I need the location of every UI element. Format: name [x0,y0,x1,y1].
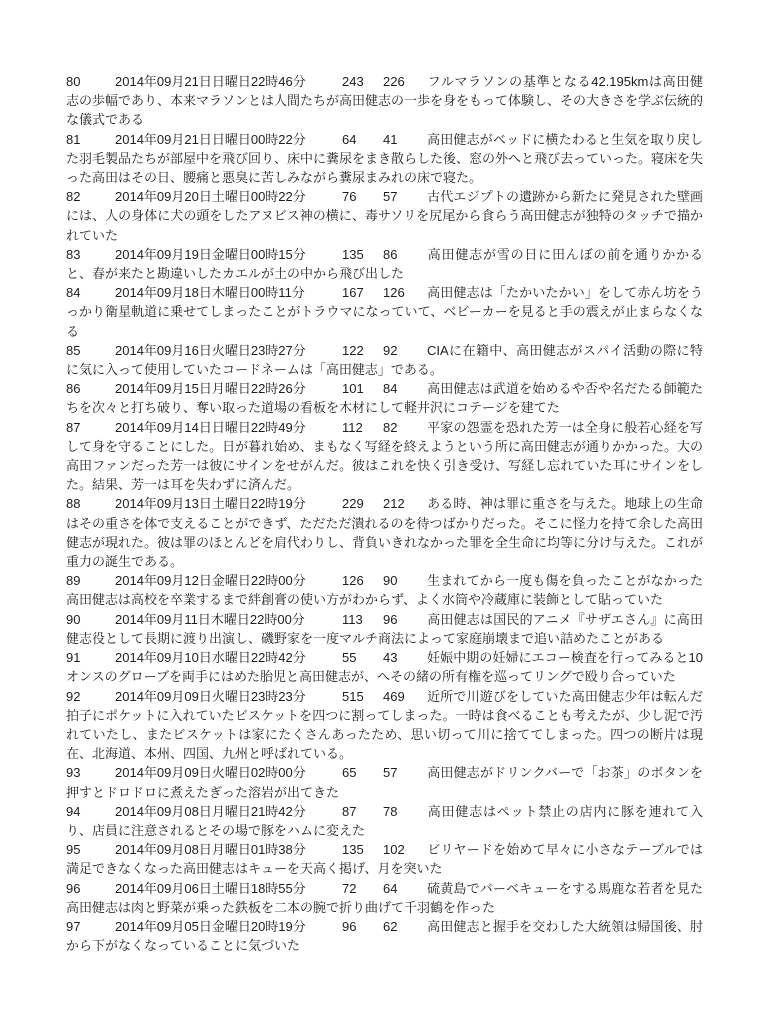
entry-count-secondary: 78 [383,802,427,821]
entry-date: 2014年09月06日土曜日18時55分 [115,879,342,898]
entry-date: 2014年09月09日火曜日23時23分 [115,687,342,706]
entry-count-secondary: 212 [383,494,427,513]
entry-count-primary: 87 [342,802,383,821]
entry-count-secondary: 41 [383,130,427,149]
entry-date: 2014年09月12日金曜日22時00分 [115,571,342,590]
entry-count-secondary: 226 [383,72,427,91]
entries-list: 802014年09月21日日曜日22時46分243226フルマラソンの基準となる… [66,72,703,955]
entry-number: 83 [66,245,115,264]
entry-count-secondary: 92 [383,341,427,360]
entry-count-primary: 76 [342,187,383,206]
entry-count-primary: 243 [342,72,383,91]
list-item: 942014年09月08日月曜日21時42分8778高田健志はペット禁止の店内に… [66,802,703,840]
entry-number: 88 [66,494,115,513]
entry-number: 84 [66,283,115,302]
entry-number: 91 [66,648,115,667]
entry-number: 81 [66,130,115,149]
entry-count-secondary: 86 [383,245,427,264]
entry-number: 90 [66,610,115,629]
entry-number: 86 [66,379,115,398]
entry-date: 2014年09月14日日曜日22時49分 [115,418,342,437]
entry-count-secondary: 469 [383,687,427,706]
entry-date: 2014年09月13日土曜日22時19分 [115,494,342,513]
entry-number: 96 [66,879,115,898]
list-item: 872014年09月14日日曜日22時49分11282平家の怨霊を恐れた芳一は全… [66,418,703,495]
document-page: 802014年09月21日日曜日22時46分243226フルマラソンの基準となる… [0,0,768,1024]
list-item: 822014年09月20日土曜日00時22分7657古代エジプトの遺跡から新たに… [66,187,703,245]
entry-count-primary: 112 [342,418,383,437]
entry-count-primary: 229 [342,494,383,513]
entry-count-primary: 101 [342,379,383,398]
entry-date: 2014年09月15日月曜日22時26分 [115,379,342,398]
entry-date: 2014年09月18日木曜日00時11分 [115,283,342,302]
entry-number: 93 [66,763,115,782]
list-item: 832014年09月19日金曜日00時15分13586高田健志が雪の日に田んぼの… [66,245,703,283]
list-item: 972014年09月05日金曜日20時19分9662高田健志と握手を交わした大統… [66,917,703,955]
list-item: 812014年09月21日日曜日00時22分6441高田健志がベッドに横たわると… [66,130,703,188]
entry-date: 2014年09月21日日曜日22時46分 [115,72,342,91]
list-item: 912014年09月10日水曜日22時42分5543妊娠中期の妊婦にエコー検査を… [66,648,703,686]
entry-date: 2014年09月21日日曜日00時22分 [115,130,342,149]
entry-number: 80 [66,72,115,91]
entry-date: 2014年09月16日火曜日23時27分 [115,341,342,360]
entry-count-primary: 135 [342,840,383,859]
entry-count-secondary: 90 [383,571,427,590]
list-item: 952014年09月08日月曜日01時38分135102ビリヤードを始めて早々に… [66,840,703,878]
entry-count-primary: 135 [342,245,383,264]
entry-count-secondary: 62 [383,917,427,936]
entry-date: 2014年09月11日木曜日22時00分 [115,610,342,629]
entry-number: 95 [66,840,115,859]
entry-date: 2014年09月10日水曜日22時42分 [115,648,342,667]
entry-number: 94 [66,802,115,821]
entry-count-secondary: 126 [383,283,427,302]
entry-count-primary: 113 [342,610,383,629]
entry-number: 87 [66,418,115,437]
entry-count-primary: 167 [342,283,383,302]
entry-count-secondary: 102 [383,840,427,859]
list-item: 902014年09月11日木曜日22時00分11396高田健志は国民的アニメ『サ… [66,610,703,648]
entry-count-primary: 96 [342,917,383,936]
entry-date: 2014年09月09日火曜日02時00分 [115,763,342,782]
list-item: 892014年09月12日金曜日22時00分12690生まれてから一度も傷を負っ… [66,571,703,609]
list-item: 922014年09月09日火曜日23時23分515469近所で川遊びをしていた高… [66,687,703,764]
entry-count-secondary: 82 [383,418,427,437]
entry-count-primary: 72 [342,879,383,898]
entry-count-secondary: 57 [383,763,427,782]
list-item: 802014年09月21日日曜日22時46分243226フルマラソンの基準となる… [66,72,703,130]
entry-count-secondary: 96 [383,610,427,629]
entry-count-primary: 515 [342,687,383,706]
entry-date: 2014年09月19日金曜日00時15分 [115,245,342,264]
entry-number: 82 [66,187,115,206]
entry-count-secondary: 84 [383,379,427,398]
entry-number: 89 [66,571,115,590]
entry-count-primary: 126 [342,571,383,590]
list-item: 842014年09月18日木曜日00時11分167126高田健志は「たかいたかい… [66,283,703,341]
entry-count-secondary: 64 [383,879,427,898]
list-item: 932014年09月09日火曜日02時00分6557高田健志がドリンクバーで「お… [66,763,703,801]
entry-count-secondary: 43 [383,648,427,667]
list-item: 862014年09月15日月曜日22時26分10184高田健志は武道を始めるや否… [66,379,703,417]
entry-date: 2014年09月05日金曜日20時19分 [115,917,342,936]
entry-number: 92 [66,687,115,706]
list-item: 962014年09月06日土曜日18時55分7264硫黄島でバーベキューをする馬… [66,879,703,917]
entry-count-primary: 55 [342,648,383,667]
entry-count-primary: 65 [342,763,383,782]
list-item: 852014年09月16日火曜日23時27分12292CIAに在籍中、高田健志が… [66,341,703,379]
entry-date: 2014年09月08日月曜日21時42分 [115,802,342,821]
entry-count-primary: 122 [342,341,383,360]
entry-number: 97 [66,917,115,936]
entry-date: 2014年09月20日土曜日00時22分 [115,187,342,206]
list-item: 882014年09月13日土曜日22時19分229212ある時、神は罪に重さを与… [66,494,703,571]
entry-number: 85 [66,341,115,360]
entry-count-primary: 64 [342,130,383,149]
entry-count-secondary: 57 [383,187,427,206]
entry-date: 2014年09月08日月曜日01時38分 [115,840,342,859]
